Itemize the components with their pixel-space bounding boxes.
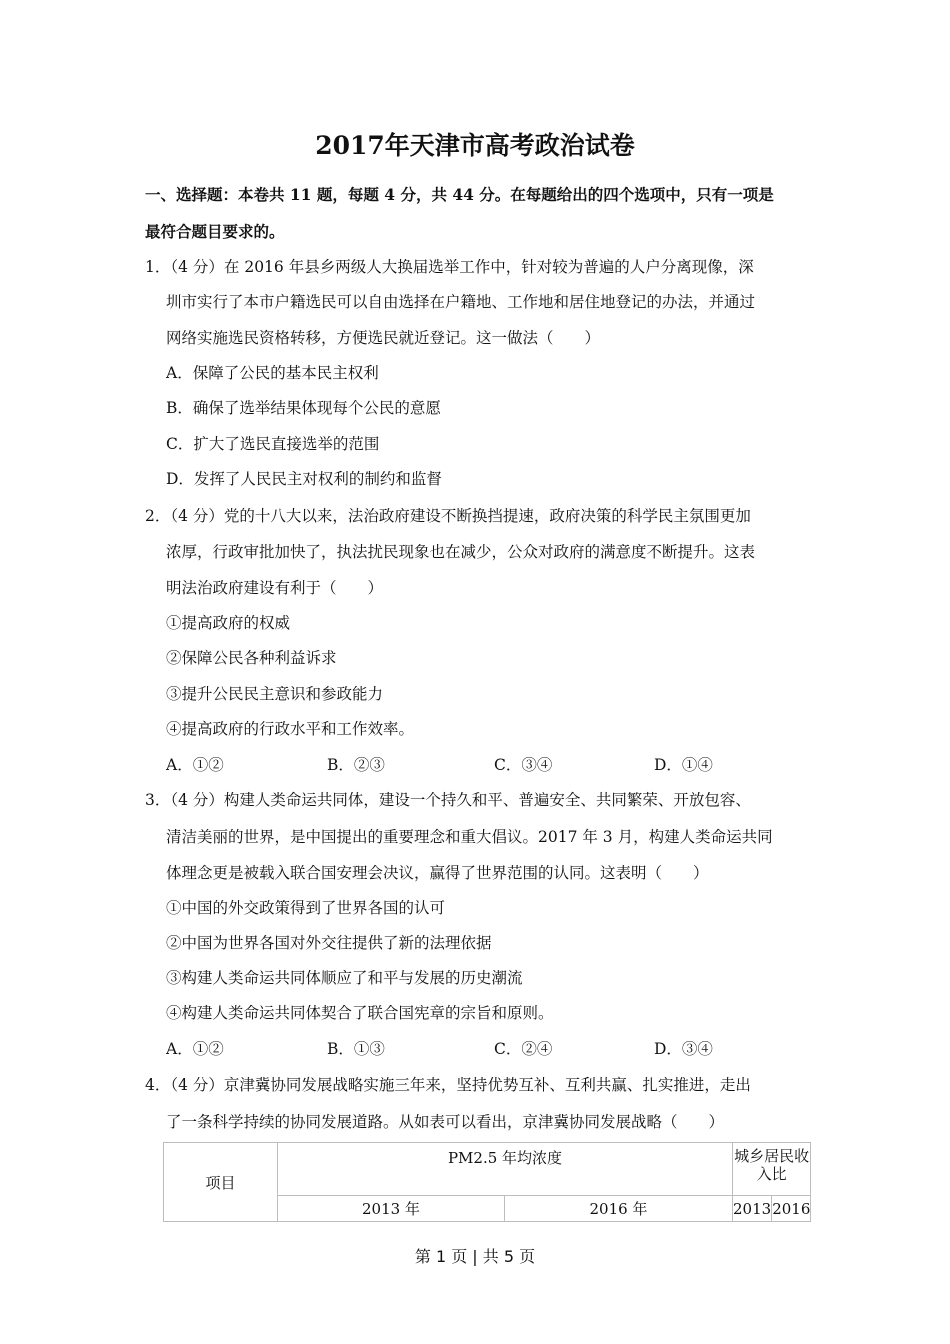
statement-1: ①提高政府的权威: [166, 613, 290, 633]
question-stem-line: 1．（4 分）在 2016 年县乡两级人大换届选举工作中，针对较为普遍的人户分离…: [145, 257, 754, 277]
table-cell-ratio-2013: 2013: [733, 1196, 772, 1222]
statement-1: ①中国的外交政策得到了世界各国的认可: [166, 898, 445, 918]
option-c: C．扩大了选民直接选举的范围: [166, 434, 379, 454]
statement-3: ③提升公民民主意识和参政能力: [166, 684, 383, 704]
table-cell-pm-2013: 2013 年: [278, 1196, 505, 1222]
table-header-item: 项目: [164, 1143, 278, 1222]
statement-2: ②中国为世界各国对外交往提供了新的法理依据: [166, 933, 492, 953]
statement-3: ③构建人类命运共同体顺应了和平与发展的历史潮流: [166, 968, 523, 988]
option-c: C．②④: [494, 1039, 552, 1059]
question-stem-line: 清洁美丽的世界，是中国提出的重要理念和重大倡议。2017 年 3 月，构建人类命…: [166, 827, 773, 847]
table-cell-pm-2016: 2016 年: [505, 1196, 733, 1222]
question-stem-line: 明法治政府建设有利于（ ）: [166, 578, 383, 598]
section-instructions-line1: 一、选择题：本卷共 11 题，每题 4 分，共 44 分。在每题给出的四个选项中…: [145, 185, 774, 205]
question-stem-line: 4．（4 分）京津冀协同发展战略实施三年来，坚持优势互补、互利共赢、扎实推进，走…: [145, 1075, 751, 1095]
question-stem-line: 体理念更是被载入联合国安理会决议，赢得了世界范围的认同。这表明（ ）: [166, 863, 709, 883]
page-title: 2017年天津市高考政治试卷: [0, 126, 950, 162]
question-stem-line: 网络实施选民资格转移，方便选民就近登记。这一做法（ ）: [166, 328, 600, 348]
option-b: B．②③: [327, 755, 385, 775]
option-b: B．确保了选举结果体现每个公民的意愿: [166, 398, 441, 418]
option-b: B．①③: [327, 1039, 385, 1059]
table-header-pm25: PM2.5 年均浓度: [278, 1143, 733, 1196]
option-d: D．③④: [654, 1039, 713, 1059]
page-footer: 第 1 页 | 共 5 页: [0, 1244, 950, 1267]
statement-4: ④构建人类命运共同体契合了联合国宪章的宗旨和原则。: [166, 1003, 554, 1023]
option-d: D．①④: [654, 755, 713, 775]
option-c: C．③④: [494, 755, 552, 775]
question-stem-line: 圳市实行了本市户籍选民可以自由选择在户籍地、工作地和居住地登记的办法，并通过: [166, 292, 755, 312]
option-a: A．①②: [166, 755, 224, 775]
question-stem-line: 2．（4 分）党的十八大以来，法治政府建设不断换挡提速，政府决策的科学民主氛围更…: [145, 506, 751, 526]
table-header-income-ratio: 城乡居民收入比: [733, 1143, 811, 1196]
question-stem-line: 3．（4 分）构建人类命运共同体，建设一个持久和平、普遍安全、共同繁荣、开放包容…: [145, 790, 751, 810]
question-stem-line: 了一条科学持续的协同发展道路。从如表可以看出，京津冀协同发展战略（ ）: [166, 1112, 724, 1132]
data-table: 项目 PM2.5 年均浓度 城乡居民收入比 2013 年 2016 年 2013…: [163, 1142, 811, 1222]
option-a: A．保障了公民的基本民主权利: [166, 363, 379, 383]
table-cell-ratio-2016: 2016: [772, 1196, 811, 1222]
statement-4: ④提高政府的行政水平和工作效率。: [166, 719, 414, 739]
statement-2: ②保障公民各种利益诉求: [166, 648, 337, 668]
option-d: D．发挥了人民民主对权利的制约和监督: [166, 469, 442, 489]
question-stem-line: 浓厚，行政审批加快了，执法扰民现象也在减少，公众对政府的满意度不断提升。这表: [166, 542, 755, 562]
section-instructions-line2: 最符合题目要求的。: [145, 222, 285, 242]
option-a: A．①②: [166, 1039, 224, 1059]
